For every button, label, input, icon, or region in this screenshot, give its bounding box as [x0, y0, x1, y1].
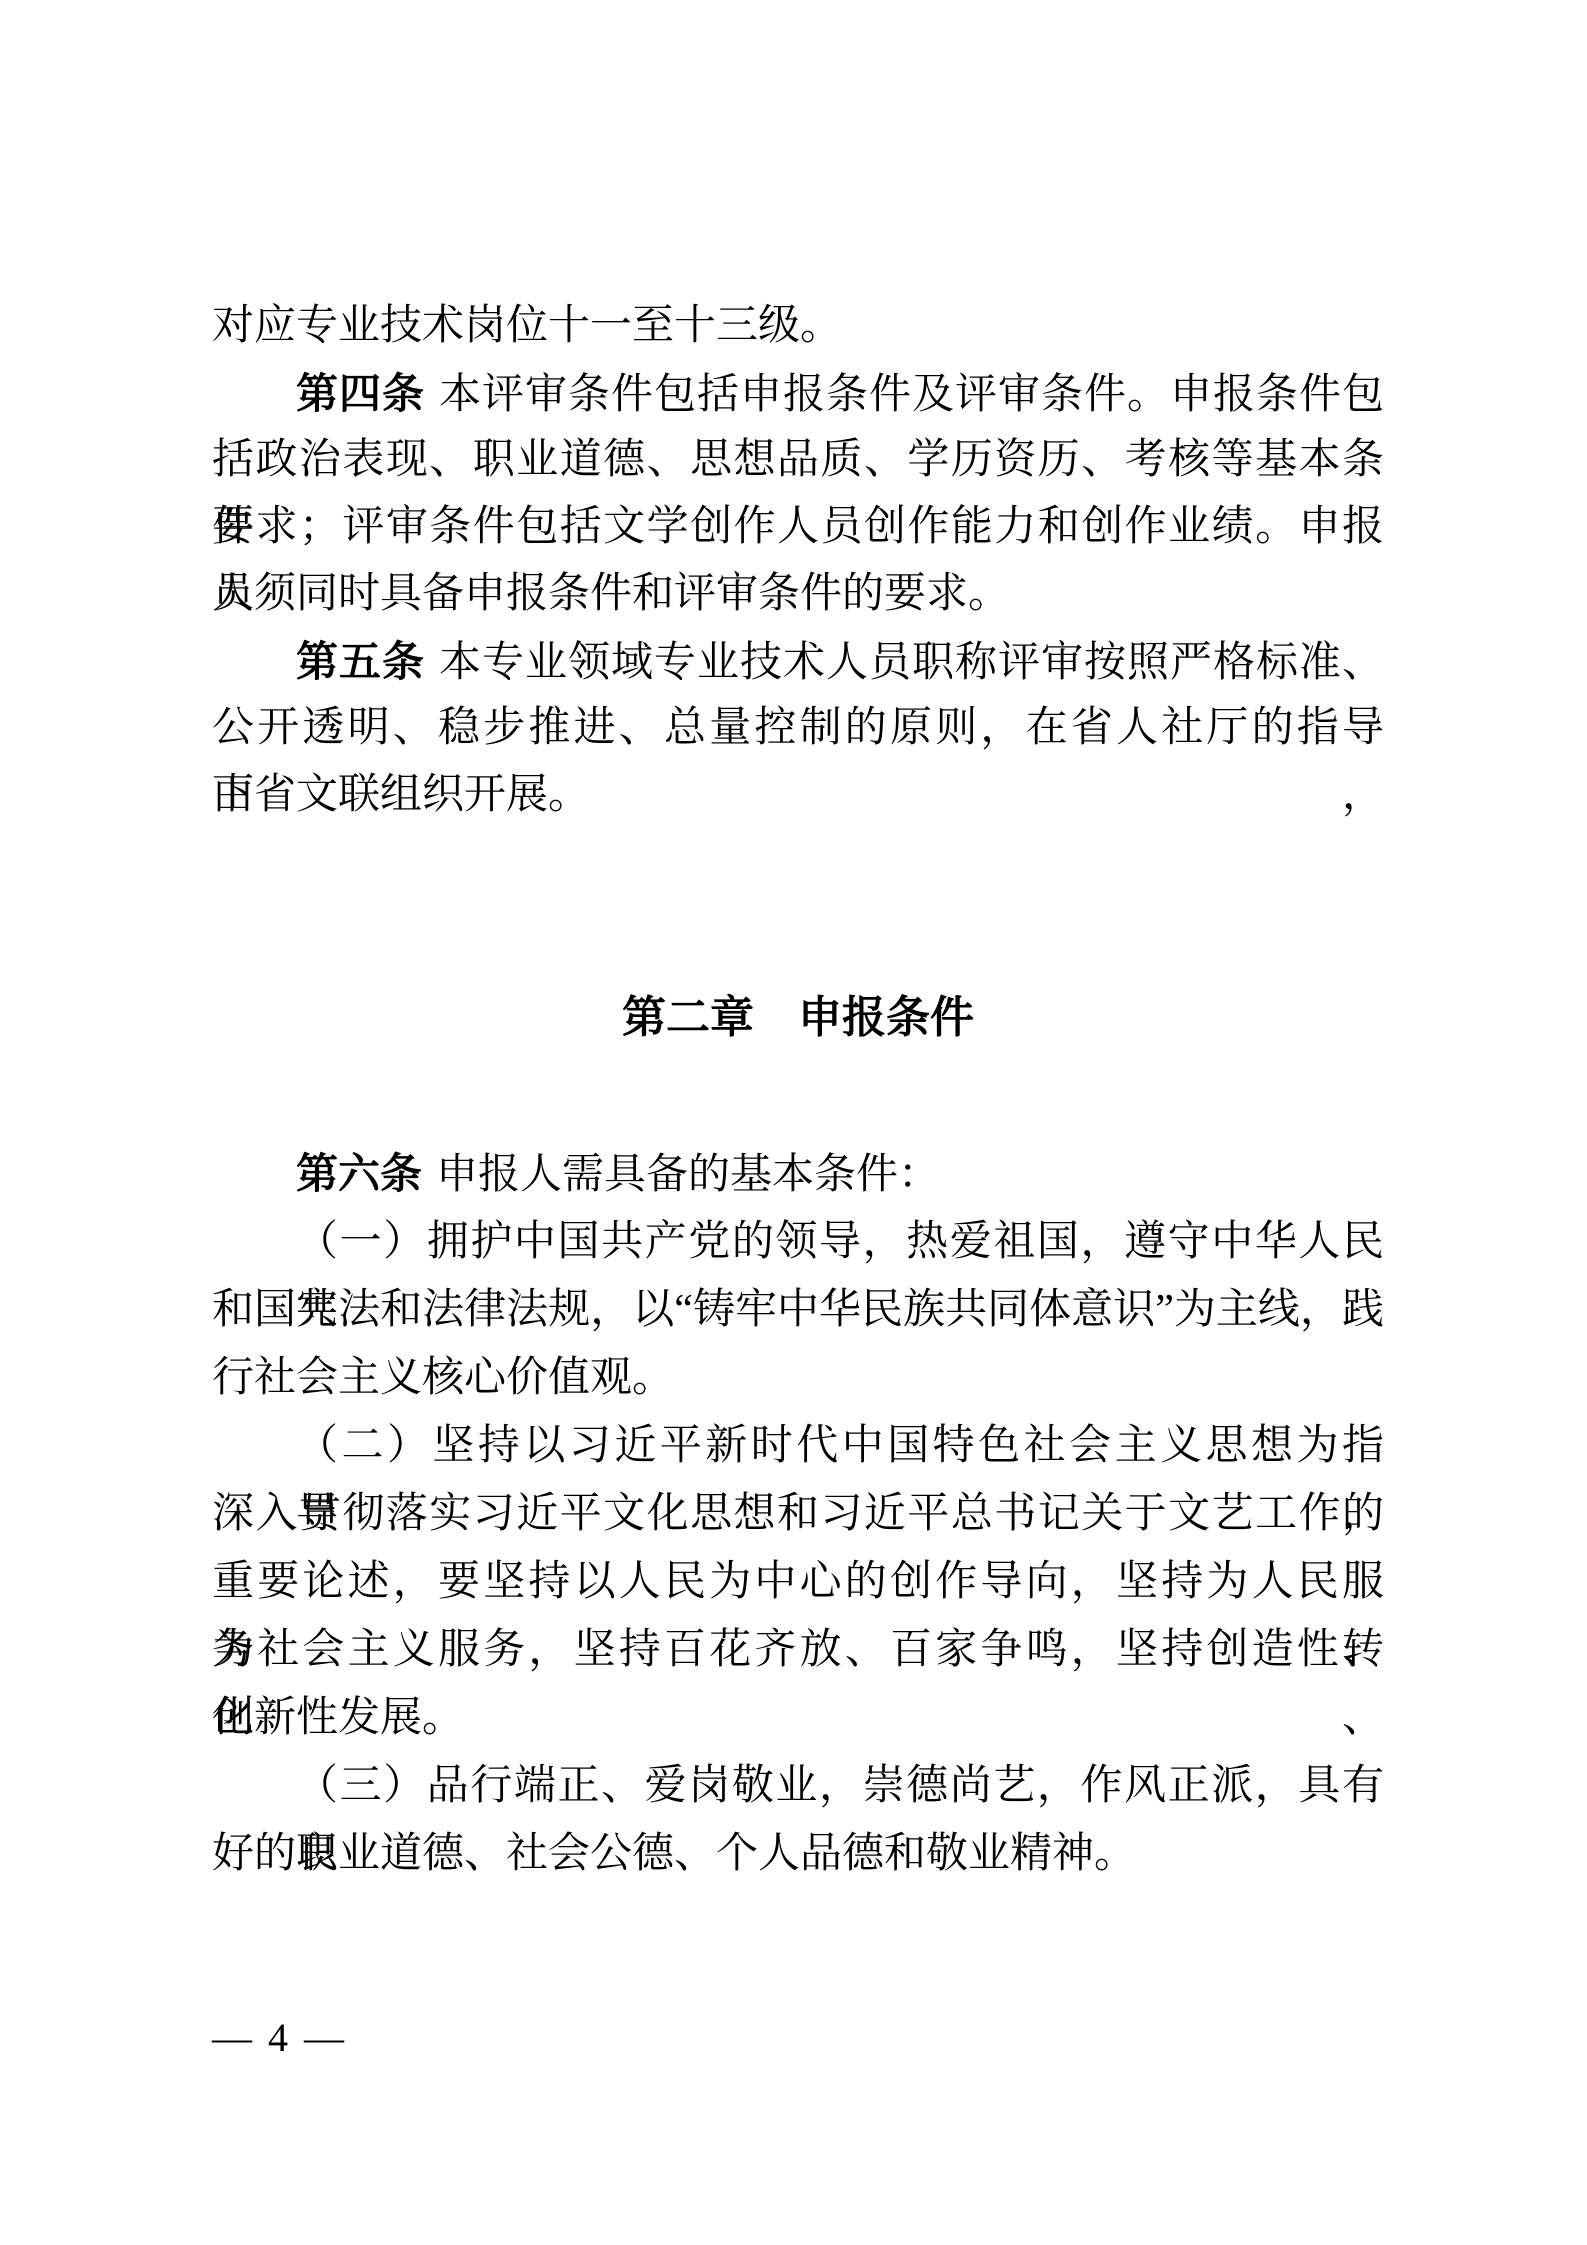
item-1-line-3: 行社会主义核心价值观。 [212, 1344, 1384, 1412]
document-page: 对应专业技术岗位十一至十三级。 第四条本评审条件包括申报条件及评审条件。申报条件… [0, 0, 1587, 2245]
body-text: 本专业领域专业技术人员职称评审按照严格标准、 [439, 640, 1384, 686]
article-4-label: 第四条 [296, 370, 425, 417]
body-text: 深入贯彻落实习近平文化思想和习近平总书记关于文艺工作的 [212, 1491, 1384, 1537]
item-1-line-1: （一）拥护中国共产党的领导，热爱祖国，遵守中华人民共 [212, 1208, 1384, 1276]
body-text: 申报人需具备的基本条件： [436, 1152, 940, 1198]
chapter-2-heading: 第二章 申报条件 [212, 984, 1384, 1051]
article-5-line-1: 第五条本专业领域专业技术人员职称评审按照严格标准、 [212, 628, 1384, 695]
body-text-block-upper: 对应专业技术岗位十一至十三级。 第四条本评审条件包括申报条件及评审条件。申报条件… [212, 293, 1384, 829]
article-5-line-2: 公开透明、稳步推进、总量控制的原则，在省人社厅的指导下， [212, 695, 1384, 762]
paragraph-continuation-line: 对应专业技术岗位十一至十三级。 [212, 293, 1384, 360]
body-text-block-lower: 第六条申报人需具备的基本条件： （一）拥护中国共产党的领导，热爱祖国，遵守中华人… [212, 1140, 1384, 1888]
body-text: 员须同时具备申报条件和评审条件的要求。 [212, 571, 1010, 617]
item-2-line-2: 深入贯彻落实习近平文化思想和习近平总书记关于文艺工作的 [212, 1480, 1384, 1548]
body-text: 和国宪法和法律法规，以“铸牢中华民族共同体意识”为主线，践 [212, 1287, 1384, 1333]
article-6-label: 第六条 [296, 1150, 422, 1197]
article-4-line-4: 员须同时具备申报条件和评审条件的要求。 [212, 561, 1384, 628]
body-text: 好的职业道德、社会公德、个人品德和敬业精神。 [212, 1831, 1136, 1877]
article-5-label: 第五条 [296, 638, 425, 685]
item-3-line-1: （三）品行端正、爱岗敬业，崇德尚艺，作风正派，具有良 [212, 1752, 1384, 1820]
item-2-line-4: 为社会主义服务，坚持百花齐放、百家争鸣，坚持创造性转化、 [212, 1616, 1384, 1684]
article-4-line-2: 括政治表现、职业道德、思想品质、学历资历、考核等基本条件 [212, 427, 1384, 494]
item-1-line-2: 和国宪法和法律法规，以“铸牢中华民族共同体意识”为主线，践 [212, 1276, 1384, 1344]
body-text: 对应专业技术岗位十一至十三级。 [212, 303, 842, 349]
item-2-line-3: 重要论述，要坚持以人民为中心的创作导向，坚持为人民服务、 [212, 1548, 1384, 1616]
article-6-line-1: 第六条申报人需具备的基本条件： [212, 1140, 1384, 1208]
page-number: — 4 — [212, 2010, 347, 2066]
article-4-line-1: 第四条本评审条件包括申报条件及评审条件。申报条件包 [212, 360, 1384, 427]
item-2-line-1: （二）坚持以习近平新时代中国特色社会主义思想为指导， [212, 1412, 1384, 1480]
body-text: 由省文联组织开展。 [212, 772, 590, 818]
item-3-line-2: 好的职业道德、社会公德、个人品德和敬业精神。 [212, 1820, 1384, 1888]
body-text: 创新性发展。 [212, 1695, 464, 1741]
article-4-line-3: 要求；评审条件包括文学创作人员创作能力和创作业绩。申报人 [212, 494, 1384, 561]
body-text: 本评审条件包括申报条件及评审条件。申报条件包 [439, 372, 1384, 418]
body-text: 行社会主义核心价值观。 [212, 1355, 674, 1401]
